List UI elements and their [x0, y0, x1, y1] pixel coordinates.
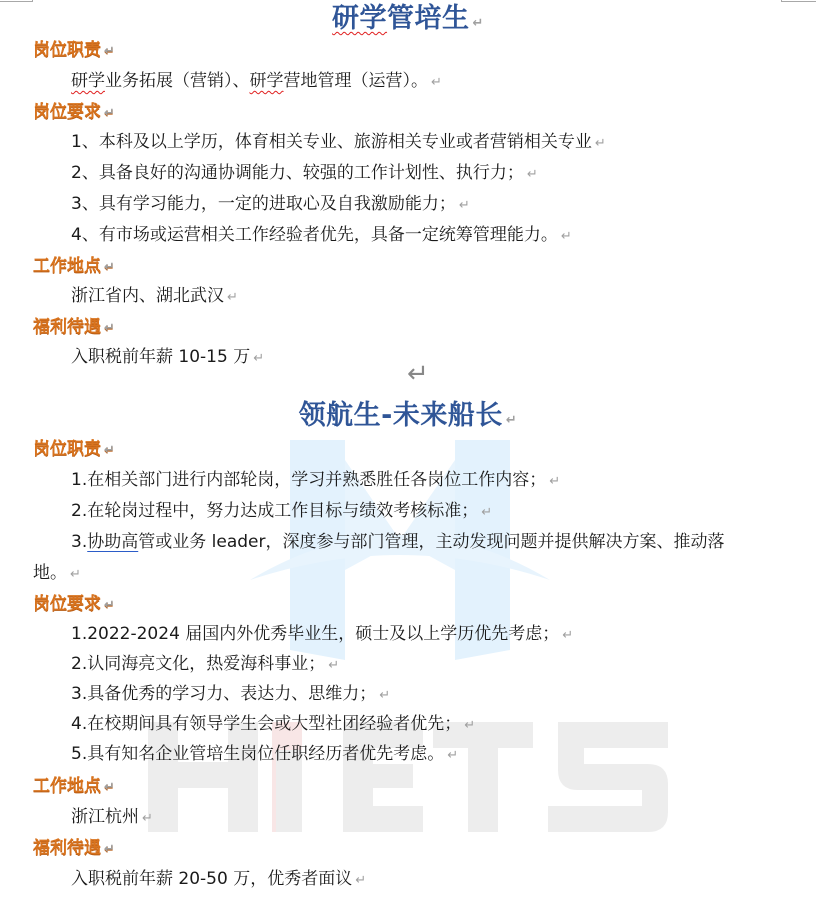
- heading-benefits: 福利待遇↵: [33, 315, 115, 341]
- heading-text: 岗位要求: [33, 102, 101, 122]
- paragraph-mark-icon: ↵: [464, 718, 475, 733]
- location-text: 浙江杭州↵: [71, 805, 153, 831]
- text-segment: 营地管理（运营）。: [284, 71, 429, 91]
- paragraph-mark-icon: ↵: [227, 290, 238, 305]
- paragraph-mark-icon: ↵: [481, 505, 492, 520]
- requirement-text: 1、本科及以上学历，体育相关专业、旅游相关专业或者营销相关专业: [71, 132, 592, 152]
- duty-text: 2.在轮岗过程中，努力达成工作目标与绩效考核标准；: [71, 501, 478, 521]
- paragraph-mark-icon: ↵: [328, 658, 339, 673]
- duty-item: 2.在轮岗过程中，努力达成工作目标与绩效考核标准；↵: [71, 499, 492, 525]
- paragraph-mark-icon: ↵: [473, 16, 484, 31]
- requirement-item: 4、有市场或运营相关工作经验者优先，具备一定统筹管理能力。↵: [71, 223, 572, 249]
- paragraph-mark-icon: ↵: [506, 413, 517, 428]
- requirement-text: 4.在校期间具有领导学生会或大型社团经验者优先；: [71, 714, 461, 734]
- heading-location: 工作地点↵: [33, 254, 115, 280]
- benefits-value: 入职税前年薪 20-50 万，优秀者面议: [71, 869, 352, 889]
- heading-requirements: 岗位要求↵: [33, 592, 115, 618]
- requirement-item: 1.2022-2024 届国内外优秀毕业生，硕士及以上学历优先考虑；↵: [71, 622, 573, 648]
- benefits-value: 入职税前年薪 10-15 万: [71, 347, 250, 367]
- heading-location: 工作地点↵: [33, 774, 115, 800]
- requirement-text: 5.具有知名企业管培生岗位任职经历者优先考虑。: [71, 744, 444, 764]
- paragraph-mark-icon: ↵: [104, 106, 115, 121]
- text-segment: 业务拓展（营销）、: [105, 71, 250, 91]
- benefits-text: 入职税前年薪 20-50 万，优秀者面议↵: [71, 867, 366, 893]
- paragraph-mark-icon: ↵: [104, 260, 115, 275]
- requirement-item: 3、具有学习能力，一定的进取心及自我激励能力；↵: [71, 192, 470, 218]
- location-text: 浙江省内、湖北武汉↵: [71, 284, 238, 310]
- paragraph-mark-icon: ↵: [253, 351, 264, 366]
- empty-paragraph: ↵: [404, 362, 429, 389]
- duty-item: 3.协助高管或业务 leader，深度参与部门管理，主动发现问题并提供解决方案、…: [71, 530, 724, 554]
- grammar-underlined-text: 协助高: [87, 532, 138, 552]
- paragraph-mark-icon: ↵: [549, 474, 560, 489]
- paragraph-mark-icon: ↵: [104, 598, 115, 613]
- paragraph-mark-icon: ↵: [595, 136, 606, 151]
- requirement-item: 4.在校期间具有领导学生会或大型社团经验者优先；↵: [71, 712, 475, 738]
- duty-number: 3.: [71, 532, 87, 552]
- heading-text: 福利待遇: [33, 317, 101, 337]
- requirement-item: 5.具有知名企业管培生岗位任职经历者优先考虑。↵: [71, 742, 458, 768]
- requirement-text: 4、有市场或运营相关工作经验者优先，具备一定统筹管理能力。: [71, 225, 558, 245]
- paragraph-mark-icon: ↵: [142, 811, 153, 826]
- heading-requirements: 岗位要求↵: [33, 100, 115, 126]
- duty-text: 地。: [33, 563, 67, 583]
- duty-item: 1.在相关部门进行内部轮岗，学习并熟悉胜任各岗位工作内容；↵: [71, 468, 560, 494]
- paragraph-mark-icon: ↵: [70, 567, 81, 582]
- heading-duties: 岗位职责↵: [33, 437, 115, 463]
- paragraph-mark-icon: ↵: [104, 44, 115, 59]
- paragraph-mark-icon: ↵: [407, 359, 429, 389]
- location-value: 浙江省内、湖北武汉: [71, 286, 224, 306]
- paragraph-mark-icon: ↵: [431, 75, 442, 90]
- paragraph-mark-icon: ↵: [355, 873, 366, 888]
- heading-benefits: 福利待遇↵: [33, 836, 115, 862]
- requirement-text: 2、具备良好的沟通协调能力、较强的工作计划性、执行力；: [71, 163, 524, 183]
- duties-text: 研学业务拓展（营销）、研学营地管理（运营）。↵: [71, 69, 442, 95]
- paragraph-mark-icon: ↵: [562, 628, 573, 643]
- watermark-text: [148, 722, 668, 832]
- requirement-text: 2.认同海亮文化，热爱海科事业；: [71, 654, 325, 674]
- paragraph-mark-icon: ↵: [104, 780, 115, 795]
- section-title: 领航生-未来船长↵: [0, 399, 816, 438]
- spellcheck-word: 研学: [250, 71, 284, 91]
- title-text: 领航生-未来船长: [299, 400, 503, 431]
- title-spellcheck-word: 研学: [332, 3, 387, 34]
- benefits-text: 入职税前年薪 10-15 万↵: [71, 345, 264, 371]
- requirement-text: 1.2022-2024 届国内外优秀毕业生，硕士及以上学历优先考虑；: [71, 624, 559, 644]
- duty-text: 管或业务 leader，深度参与部门管理，主动发现问题并提供解决方案、推动落: [138, 532, 724, 552]
- paragraph-mark-icon: ↵: [561, 229, 572, 244]
- requirement-text: 3.具备优秀的学习力、表达力、思维力；: [71, 684, 376, 704]
- heading-duties: 岗位职责↵: [33, 38, 115, 64]
- duty-text: 1.在相关部门进行内部轮岗，学习并熟悉胜任各岗位工作内容；: [71, 470, 546, 490]
- heading-text: 工作地点: [33, 776, 101, 796]
- requirement-item: 2.认同海亮文化，热爱海科事业；↵: [71, 652, 339, 678]
- heading-text: 岗位要求: [33, 594, 101, 614]
- heading-text: 岗位职责: [33, 439, 101, 459]
- spellcheck-word: 研学: [71, 71, 105, 91]
- paragraph-mark-icon: ↵: [104, 443, 115, 458]
- requirement-item: 3.具备优秀的学习力、表达力、思维力；↵: [71, 682, 390, 708]
- section-title: 研学管培生↵: [0, 2, 816, 41]
- paragraph-mark-icon: ↵: [459, 198, 470, 213]
- heading-text: 福利待遇: [33, 838, 101, 858]
- requirement-item: 1、本科及以上学历，体育相关专业、旅游相关专业或者营销相关专业↵: [71, 130, 606, 156]
- requirement-text: 3、具有学习能力，一定的进取心及自我激励能力；: [71, 194, 456, 214]
- heading-text: 岗位职责: [33, 40, 101, 60]
- paragraph-mark-icon: ↵: [447, 748, 458, 763]
- paragraph-mark-icon: ↵: [379, 688, 390, 703]
- title-text: 管培生: [387, 3, 470, 34]
- requirement-item: 2、具备良好的沟通协调能力、较强的工作计划性、执行力；↵: [71, 161, 538, 187]
- location-value: 浙江杭州: [71, 807, 139, 827]
- duty-item-wrap: 地。↵: [33, 561, 81, 587]
- paragraph-mark-icon: ↵: [104, 321, 115, 336]
- heading-text: 工作地点: [33, 256, 101, 276]
- paragraph-mark-icon: ↵: [104, 842, 115, 857]
- paragraph-mark-icon: ↵: [527, 167, 538, 182]
